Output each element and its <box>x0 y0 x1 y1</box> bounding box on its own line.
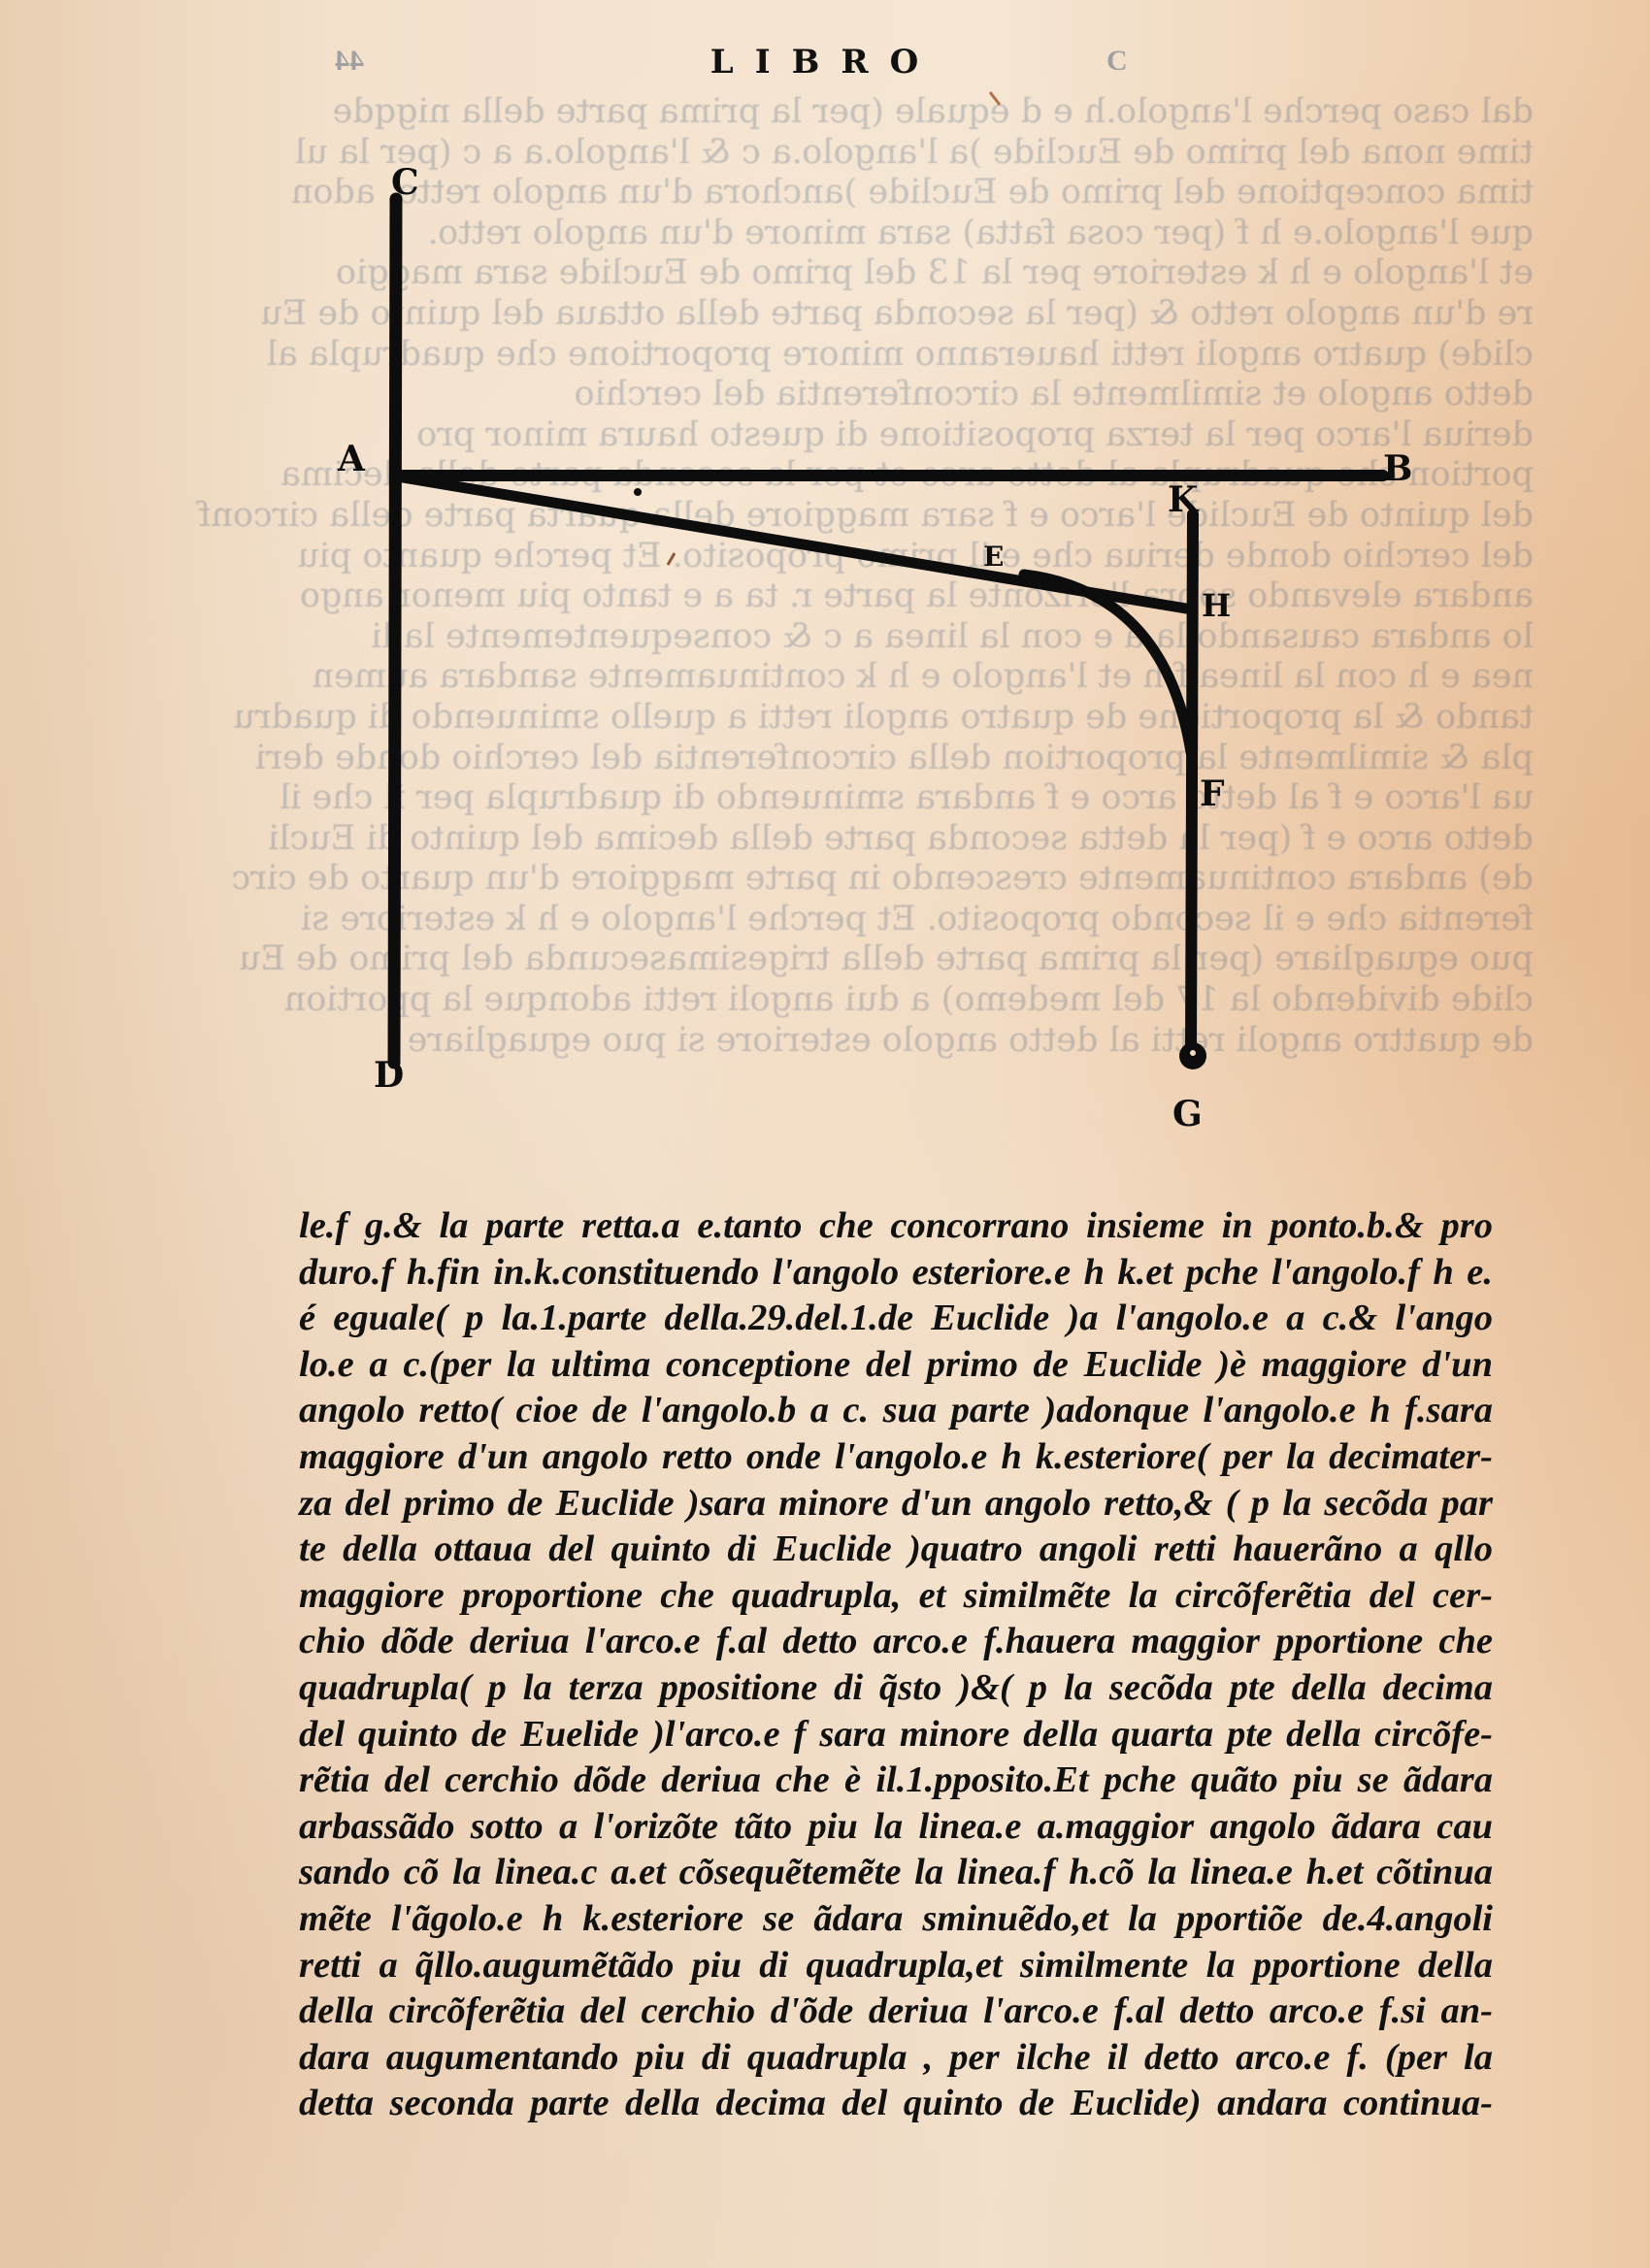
label-h: H <box>1202 590 1231 621</box>
text-line: chio dõde deriua l'arco.e f.al detto arc… <box>299 1619 1493 1665</box>
text-line: della circõferẽtia del cerchio d'õde der… <box>299 1989 1493 2035</box>
text-line: arbassãdo sotto a l'orizõte tãto piu la … <box>299 1804 1493 1851</box>
text-line: duro.f h.fin in.k.constituendo l'angolo … <box>299 1250 1493 1297</box>
line-k-o <box>1191 514 1193 1053</box>
label-b: B <box>1383 451 1412 486</box>
body-text: le.f g.& la parte retta.a e.tanto che co… <box>299 1203 1493 2127</box>
text-line: del quinto de Euelide )l'arco.e f sara m… <box>299 1712 1493 1759</box>
book-page: 44 LIBRO C dal caso perche l'angolo.h e … <box>0 0 1650 2268</box>
text-line: retti a q̃llo.augumẽtãdo piu di quadrupl… <box>299 1943 1493 1989</box>
label-e: E <box>983 543 1004 571</box>
text-line: rẽtia del cerchio dõde deriua che è il.1… <box>299 1758 1493 1804</box>
label-g: G <box>1172 1097 1203 1132</box>
geometric-diagram <box>0 0 1650 1184</box>
text-line: maggiore d'un angolo retto onde l'angolo… <box>299 1434 1493 1481</box>
text-line: sando cõ la linea.c a.et cõsequẽtemẽte l… <box>299 1850 1493 1896</box>
text-line: mẽte l'ãgolo.e h k.esteriore se ãdara sm… <box>299 1896 1493 1943</box>
text-line: te della ottaua del quinto di Euclide )q… <box>299 1527 1493 1573</box>
text-line: lo.e a c.(per la ultima conceptione del … <box>299 1342 1493 1389</box>
text-line: le.f g.& la parte retta.a e.tanto che co… <box>299 1203 1493 1250</box>
text-line: detta seconda parte della decima del qui… <box>299 2081 1493 2127</box>
label-d: D <box>374 1058 404 1093</box>
text-line: za del primo de Euclide )sara minore d'u… <box>299 1481 1493 1528</box>
text-line: é eguale( p la.1.parte della.29.del.1.de… <box>299 1296 1493 1342</box>
label-c: C <box>391 165 419 200</box>
text-line: quadrupla( p la terza ppositione di q̃st… <box>299 1665 1493 1712</box>
line-c-d <box>394 199 396 1063</box>
label-f: F <box>1200 776 1225 811</box>
label-k: K <box>1168 482 1198 517</box>
text-line: angolo retto( cioe de l'angolo.b a c. su… <box>299 1388 1493 1434</box>
text-line: maggiore proportione che quadrupla, et s… <box>299 1573 1493 1620</box>
label-a: A <box>338 442 365 477</box>
text-line: dara augumentando piu di quadrupla , per… <box>299 2035 1493 2082</box>
